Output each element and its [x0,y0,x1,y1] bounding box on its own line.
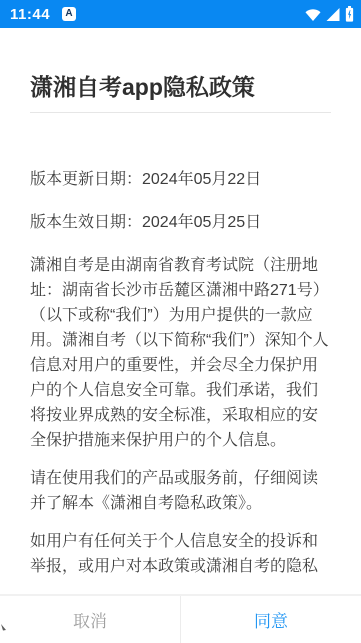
wifi-icon [305,8,321,21]
privacy-policy-content[interactable]: 潇湘自考app隐私政策 版本更新日期：2024年05月22日 版本生效日期：20… [0,28,361,643]
cancel-button[interactable]: 取消 [0,596,180,643]
status-bar-time: 11:44 [10,6,50,23]
footer-action-bar: 取消 同意 [0,594,361,643]
page-title: 潇湘自考app隐私政策 [30,72,331,102]
cursor-artifact [1,618,8,636]
title-divider [30,112,331,113]
battery-charging-icon [345,6,354,22]
notification-app-icon: A [62,7,76,21]
cellular-signal-icon [326,8,340,21]
agree-button[interactable]: 同意 [181,596,361,643]
policy-paragraph: 请在使用我们的产品或服务前，仔细阅读并了解本《潇湘自考隐私政策》。 [30,466,331,516]
policy-paragraph: 潇湘自考是由湖南省教育考试院（注册地址：湖南省长沙市岳麓区潇湘中路271号）（以… [30,253,331,453]
version-effective-date: 版本生效日期：2024年05月25日 [30,210,331,235]
status-bar: 11:44 A [0,0,361,28]
policy-paragraph: 如用户有任何关于个人信息安全的投诉和举报，或用户对本政策或潇湘自考的隐私 [30,529,331,579]
version-update-date: 版本更新日期：2024年05月22日 [30,167,331,192]
